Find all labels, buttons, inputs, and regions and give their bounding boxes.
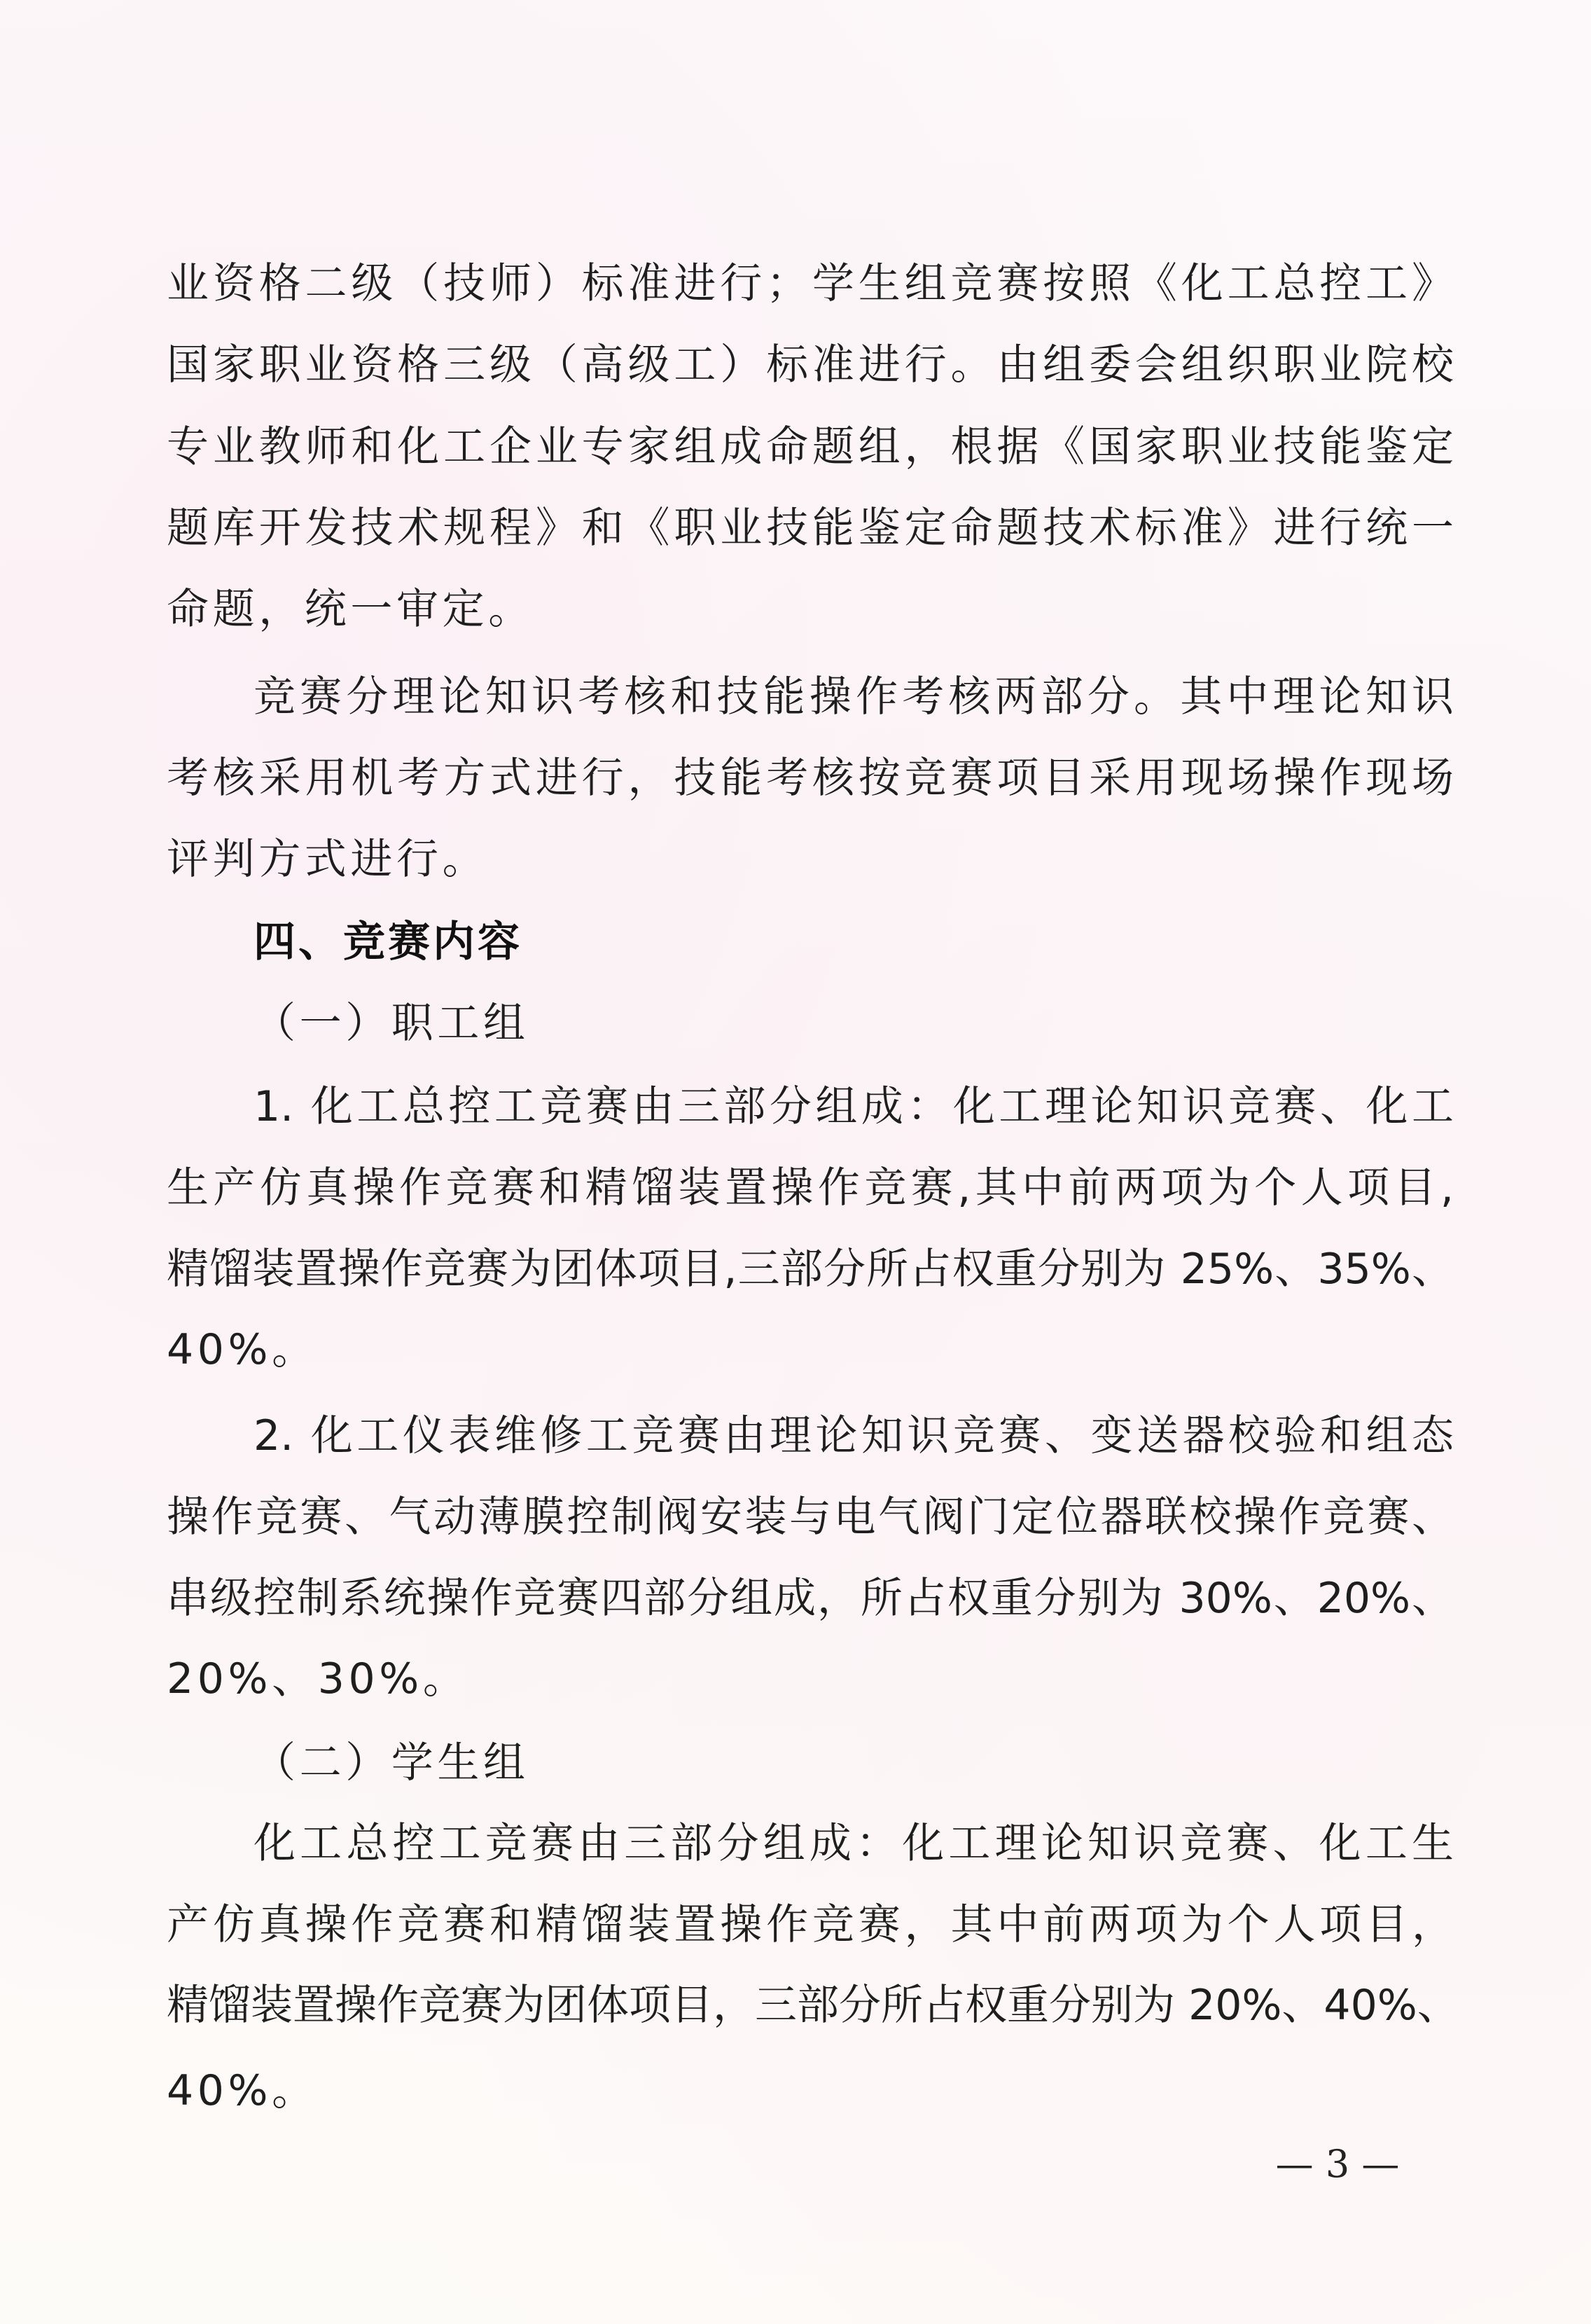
paragraph-line: 考核采用机考方式进行，技能考核按竞赛项目采用现场操作现场 [167, 750, 1454, 806]
paragraph-line: 操作竞赛、气动薄膜控制阀安装与电气阀门定位器联校操作竞赛、 [167, 1489, 1454, 1545]
paragraph-line: 评判方式进行。 [167, 831, 1454, 887]
paragraph-line: 产仿真操作竞赛和精馏装置操作竞赛，其中前两项为个人项目， [167, 1897, 1454, 1953]
page-number: — 3 — [1253, 2140, 1422, 2189]
section-heading: 四、竞赛内容 [253, 914, 1454, 970]
paragraph-line: 命题，统一审定。 [167, 581, 1454, 637]
paragraph-line: 1. 化工总控工竞赛由三部分组成：化工理论知识竞赛、化工 [253, 1079, 1454, 1135]
paragraph-line: 精馏装置操作竞赛为团体项目，三部分所占权重分别为 20%、40%、 [167, 1977, 1454, 2033]
document-page: 业资格二级（技师）标准进行；学生组竞赛按照《化工总控工》 国家职业资格三级（高级… [0, 0, 1591, 2324]
paragraph-line: 竞赛分理论知识考核和技能操作考核两部分。其中理论知识 [253, 669, 1454, 725]
subsection-heading-student: （二）学生组 [253, 1735, 1454, 1791]
paragraph-line: 题库开发技术规程》和《职业技能鉴定命题技术标准》进行统一 [167, 500, 1454, 556]
paragraph-line: 串级控制系统操作竞赛四部分组成，所占权重分别为 30%、20%、 [167, 1570, 1454, 1626]
subsection-heading-staff: （一）职工组 [253, 995, 1454, 1051]
paragraph-line: 精馏装置操作竞赛为团体项目,三部分所占权重分别为 25%、35%、 [167, 1241, 1454, 1297]
paragraph-line: 20%、30%。 [167, 1651, 1454, 1707]
paragraph-line: 2. 化工仪表维修工竞赛由理论知识竞赛、变送器校验和组态 [253, 1408, 1454, 1464]
paragraph-line: 国家职业资格三级（高级工）标准进行。由组委会组织职业院校 [167, 337, 1454, 393]
paragraph-line: 生产仿真操作竞赛和精馏装置操作竞赛,其中前两项为个人项目, [167, 1160, 1454, 1216]
paragraph-line: 40%。 [167, 1322, 1454, 1378]
paragraph-line: 业资格二级（技师）标准进行；学生组竞赛按照《化工总控工》 [167, 256, 1454, 312]
paragraph-line: 专业教师和化工企业专家组成命题组，根据《国家职业技能鉴定 [167, 419, 1454, 475]
paragraph-line: 40%。 [167, 2063, 1454, 2119]
paragraph-line: 化工总控工竞赛由三部分组成：化工理论知识竞赛、化工生 [253, 1815, 1454, 1872]
